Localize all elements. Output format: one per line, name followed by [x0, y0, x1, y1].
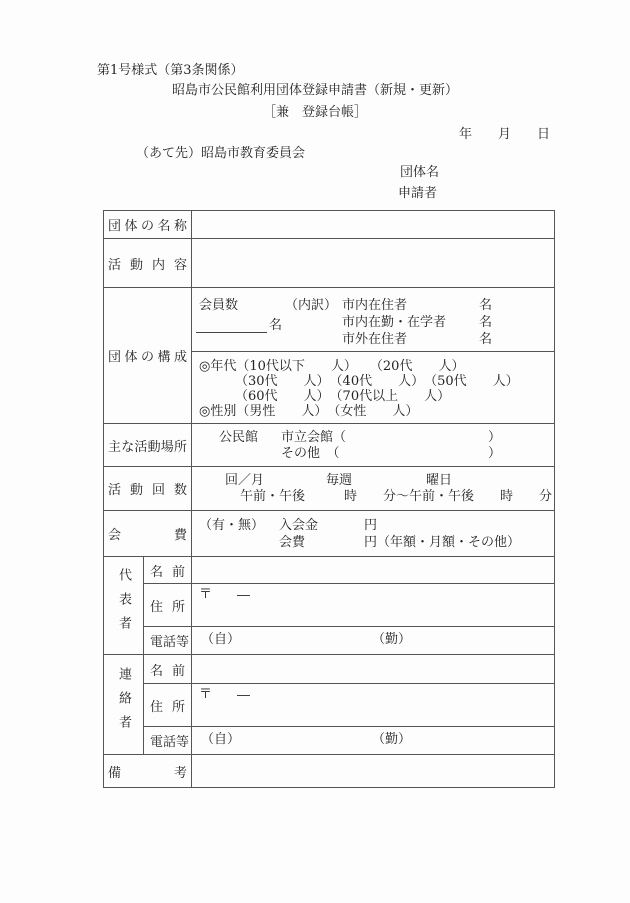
rep-postal-mark: 〒: [199, 587, 212, 602]
contact-address-cell: 〒 ―: [192, 684, 555, 727]
fee-admission-label: 入会金: [279, 518, 318, 533]
frequency-weekday: 曜日: [426, 473, 452, 488]
rep-phone-cell: （自） （勤）: [192, 627, 555, 655]
activity-label: 活動内容: [104, 239, 192, 288]
gender-line: ◎性別（男性 人） （女性 人）: [199, 404, 418, 419]
breakdown-city-resident-unit: 名: [479, 298, 492, 313]
age-line-2: （30代 人） （40代 人） （50代 人）: [235, 374, 519, 389]
form-document-page: 第1号様式（第3条関係） 昭島市公民館利用団体登録申請書（新規・更新） ［兼 登…: [0, 0, 630, 903]
place-city-hall: 市立会館（: [281, 430, 346, 445]
demographics-cell: ◎年代（10代以下 人） （20代 人） （30代 人） （40代 人） （50…: [192, 352, 555, 424]
frequency-time-line: 午前・午後 時 分～午前・午後 時 分: [240, 489, 552, 504]
contact-name-label: 名前: [144, 655, 192, 684]
breakdown-label: （内訳）: [285, 298, 337, 313]
contact-phone-label: 電話等: [144, 727, 192, 755]
contact-name-value-cell: [192, 655, 555, 684]
breakdown-city-worker-label: 市内在勤・在学者: [342, 315, 446, 330]
row-frequency: 活動回数 回／月 毎週 曜日 午前・午後 時 分～午前・午後 時 分: [104, 467, 555, 511]
place-label: 主な活動場所: [104, 424, 192, 467]
contact-phone-work: （勤）: [372, 732, 411, 747]
group-name-value-cell: [192, 211, 555, 239]
contact-address-label: 住所: [144, 684, 192, 727]
member-count-label: 会員数: [199, 298, 238, 313]
member-count-unit: 名: [269, 318, 282, 333]
rep-phone-home: （自）: [201, 632, 240, 647]
fee-label: 会費: [104, 511, 192, 557]
place-other: その他 （: [281, 446, 340, 461]
row-place: 主な活動場所 公民館 市立会館（ ） その他 （ ）: [104, 424, 555, 467]
member-count-blank-line: [196, 332, 267, 333]
frequency-per-month: 回／月: [225, 473, 264, 488]
frequency-cell: 回／月 毎週 曜日 午前・午後 時 分～午前・午後 時 分: [192, 467, 555, 511]
contact-phone-home: （自）: [201, 732, 240, 747]
rep-address-label: 住所: [144, 584, 192, 627]
rep-name-value-cell: [192, 557, 555, 584]
group-name-label: 団体の名称: [104, 211, 192, 239]
row-group-name: 団体の名称: [104, 211, 555, 239]
place-kominkan: 公民館: [219, 430, 258, 445]
row-contact-phone: 電話等 （自） （勤）: [104, 727, 555, 755]
contact-label-cell: 連絡者: [104, 655, 144, 755]
breakdown-city-worker-unit: 名: [479, 315, 492, 330]
place-cell: 公民館 市立会館（ ） その他 （ ）: [192, 424, 555, 467]
page-title: 昭島市公民館利用団体登録申請書（新規・更新）: [0, 83, 630, 98]
activity-value-cell: [192, 239, 555, 288]
place-city-hall-close-paren: ）: [488, 430, 501, 445]
frequency-label: 活動回数: [104, 467, 192, 511]
row-fee: 会費 （有・無） 入会金 円 会費 円（年額・月額・その他）: [104, 511, 555, 557]
row-remarks: 備考: [104, 755, 555, 788]
rep-postal-dash: ―: [237, 588, 250, 603]
registration-form-table: 団体の名称 活動内容 団体の構成 会員数 名 （内訳） 市内在住者 名 市内在勤…: [103, 210, 555, 788]
row-rep-phone: 電話等 （自） （勤）: [104, 627, 555, 655]
row-rep-name: 代表者 名前: [104, 557, 555, 584]
fee-admission-unit: 円: [364, 518, 377, 533]
rep-phone-label: 電話等: [144, 627, 192, 655]
rep-name-label: 名前: [144, 557, 192, 584]
page-subtitle: ［兼 登録台帳］: [0, 105, 630, 120]
frequency-weekly: 毎週: [326, 473, 352, 488]
breakdown-city-resident-label: 市内在住者: [342, 298, 407, 313]
fee-has-fee: （有・無）: [199, 518, 264, 533]
date-line: 年 月 日: [459, 127, 550, 142]
representative-label-cell: 代表者: [104, 557, 144, 655]
fee-membership-label: 会費: [279, 535, 305, 550]
remarks-label: 備考: [104, 755, 192, 788]
rep-phone-work: （勤）: [372, 632, 411, 647]
row-rep-address: 住所 〒 ―: [104, 584, 555, 627]
breakdown-outside-resident-unit: 名: [479, 332, 492, 347]
group-name-field-label: 団体名: [400, 165, 439, 180]
fee-cell: （有・無） 入会金 円 会費 円（年額・月額・その他）: [192, 511, 555, 557]
contact-postal-dash: ―: [237, 688, 250, 703]
members-cell: 会員数 名 （内訳） 市内在住者 名 市内在勤・在学者 名 市外在住者 名: [192, 288, 555, 352]
contact-postal-mark: 〒: [199, 687, 212, 702]
rep-address-cell: 〒 ―: [192, 584, 555, 627]
age-line-1: ◎年代（10代以下 人） （20代 人）: [199, 359, 464, 374]
row-activity: 活動内容: [104, 239, 555, 288]
row-contact-address: 住所 〒 ―: [104, 684, 555, 727]
age-line-3: （60代 人） （70代以上 人）: [235, 389, 450, 404]
breakdown-outside-resident-label: 市外在住者: [342, 332, 407, 347]
composition-label: 団体の構成: [104, 288, 192, 424]
form-number: 第1号様式（第3条関係）: [97, 63, 244, 78]
contact-label: 連絡者: [117, 667, 130, 739]
place-other-close-paren: ）: [488, 446, 501, 461]
fee-membership-unit: 円（年額・月額・その他）: [364, 535, 520, 550]
applicant-field-label: 申請者: [398, 186, 437, 201]
contact-phone-cell: （自） （勤）: [192, 727, 555, 755]
row-contact-name: 連絡者 名前: [104, 655, 555, 684]
representative-label: 代表者: [117, 568, 130, 640]
addressee-line: （あて先）昭島市教育委員会: [136, 146, 305, 161]
remarks-value-cell: [192, 755, 555, 788]
row-composition-members: 団体の構成 会員数 名 （内訳） 市内在住者 名 市内在勤・在学者 名 市外在住…: [104, 288, 555, 352]
